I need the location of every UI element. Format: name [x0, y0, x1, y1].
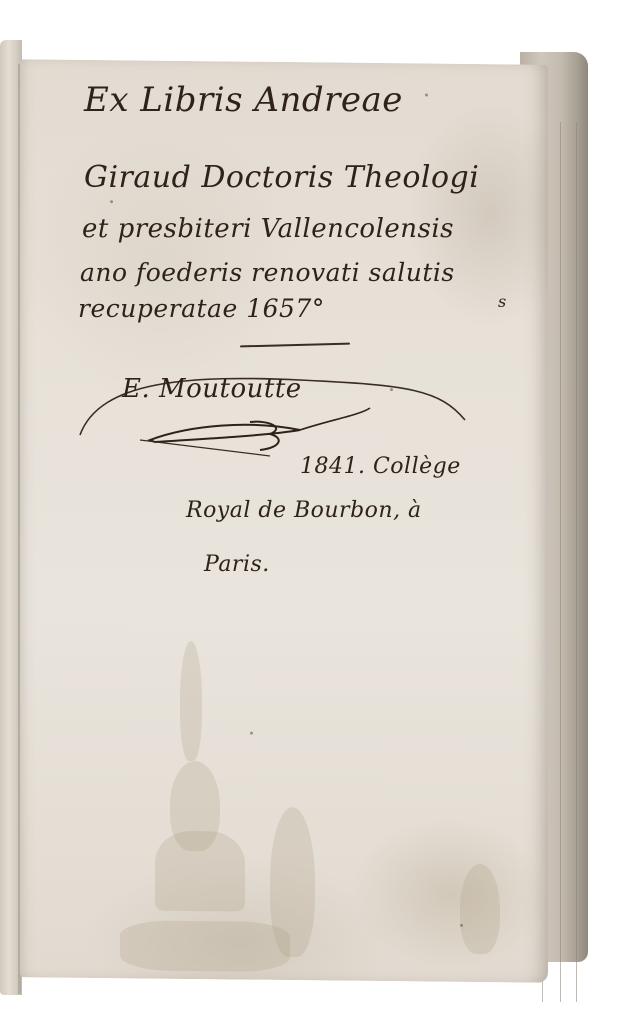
signature: E. Moutoutte — [122, 374, 302, 404]
note-line-3: Paris. — [204, 552, 270, 577]
foxing-spot — [110, 200, 113, 203]
water-stain — [120, 920, 290, 972]
foxing-spot — [460, 924, 463, 927]
note-line-1: 1841. Collège — [300, 454, 461, 479]
page-edge-line — [576, 122, 577, 1002]
inscription-line-2: Giraud Doctoris Theologi — [84, 160, 479, 195]
margin-mark: s — [498, 292, 507, 311]
inscription-line-5: recuperatae 1657° — [78, 294, 325, 323]
inscription-line-4: ano foederis renovati salutis — [80, 258, 455, 287]
foxing-spot — [425, 93, 428, 96]
water-stain — [180, 641, 202, 761]
page-edge-line — [560, 122, 561, 1002]
foxing-spot — [250, 732, 253, 735]
water-stain — [460, 864, 500, 954]
water-stain — [155, 831, 245, 912]
book-photo: Ex Libris Andreae Giraud Doctoris Theolo… — [0, 0, 644, 1024]
note-line-2: Royal de Bourbon, à — [186, 498, 422, 523]
inscription-line-1: Ex Libris Andreae — [84, 80, 403, 120]
inscription-line-3: et presbiteri Vallencolensis — [82, 214, 454, 244]
